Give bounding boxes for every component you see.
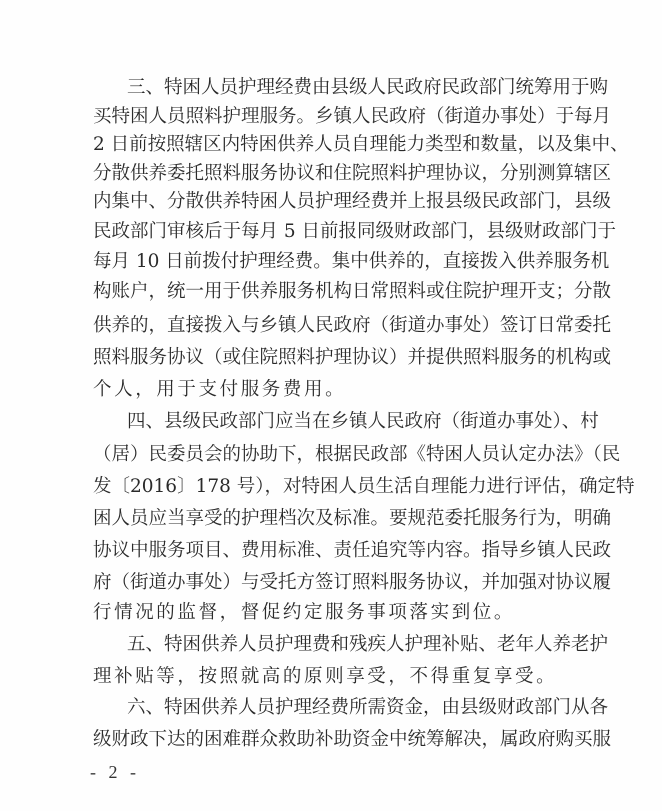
- text-line: 民政部门审核后于每月 5 日前报同级财政部门，县级财政部门于: [93, 220, 573, 244]
- text-line: 照料服务协议（或住院照料护理协议）并提供照料服务的机构或: [93, 346, 573, 370]
- text-line: 2 日前按照辖区内特困供养人员自理能力类型和数量，以及集中、: [93, 133, 573, 157]
- text-line: （居）民委员会的协助下，根据民政部《特困人员认定办法》（民: [93, 443, 573, 467]
- text-line: 发〔2016〕178 号），对特困人员生活自理能力进行评估，确定特: [93, 475, 573, 499]
- text-line: 分散供养委托照料服务协议和住院照料护理协议，分别测算辖区: [93, 162, 573, 186]
- text-line: 构账户，统一用于供养服务机构日常照料或住院护理开支；分散: [93, 280, 573, 304]
- text-line: 供养的，直接拨入与乡镇人民政府（街道办事处）签订日常委托: [93, 314, 573, 338]
- text-line: 级财政下达的困难群众救助补助资金中统筹解决，属政府购买服: [93, 728, 573, 752]
- text-line: 困人员应当享受的护理档次及标准。要规范委托服务行为，明确: [93, 507, 573, 531]
- text-line: 协议中服务项目、费用标准、责任追究等内容。指导乡镇人民政: [93, 539, 573, 563]
- text-line: 府（街道办事处）与受托方签订照料服务协议，并加强对协议履: [93, 571, 573, 595]
- document-page: 三、特困人员护理经费由县级人民政府民政部门统筹用于购 买特困人员照料护理服务。乡…: [0, 0, 662, 811]
- text-line: 每月 10 日前拨付护理经费。集中供养的，直接拨入供养服务机: [93, 250, 573, 274]
- text-line: 六、特困供养人员护理经费所需资金，由县级财政部门从各: [127, 696, 573, 720]
- text-line: 五、特困供养人员护理费和残疾人护理补贴、老年人养老护: [127, 633, 573, 657]
- page-number: - 2 -: [90, 760, 140, 784]
- text-line: 三、特困人员护理经费由县级人民政府民政部门统筹用于购: [127, 76, 573, 100]
- text-line: 理补贴等，按照就高的原则享受，不得重复享受。: [93, 665, 573, 689]
- text-line: 个人，用于支付服务费用。: [93, 378, 573, 402]
- text-line: 买特困人员照料护理服务。乡镇人民政府（街道办事处）于每月: [93, 105, 573, 129]
- text-line: 四、县级民政部门应当在乡镇人民政府（街道办事处）、村: [127, 410, 573, 434]
- text-line: 行情况的监督，督促约定服务事项落实到位。: [93, 601, 573, 625]
- text-line: 内集中、分散供养特困人员护理经费并上报县级民政部门，县级: [93, 190, 573, 214]
